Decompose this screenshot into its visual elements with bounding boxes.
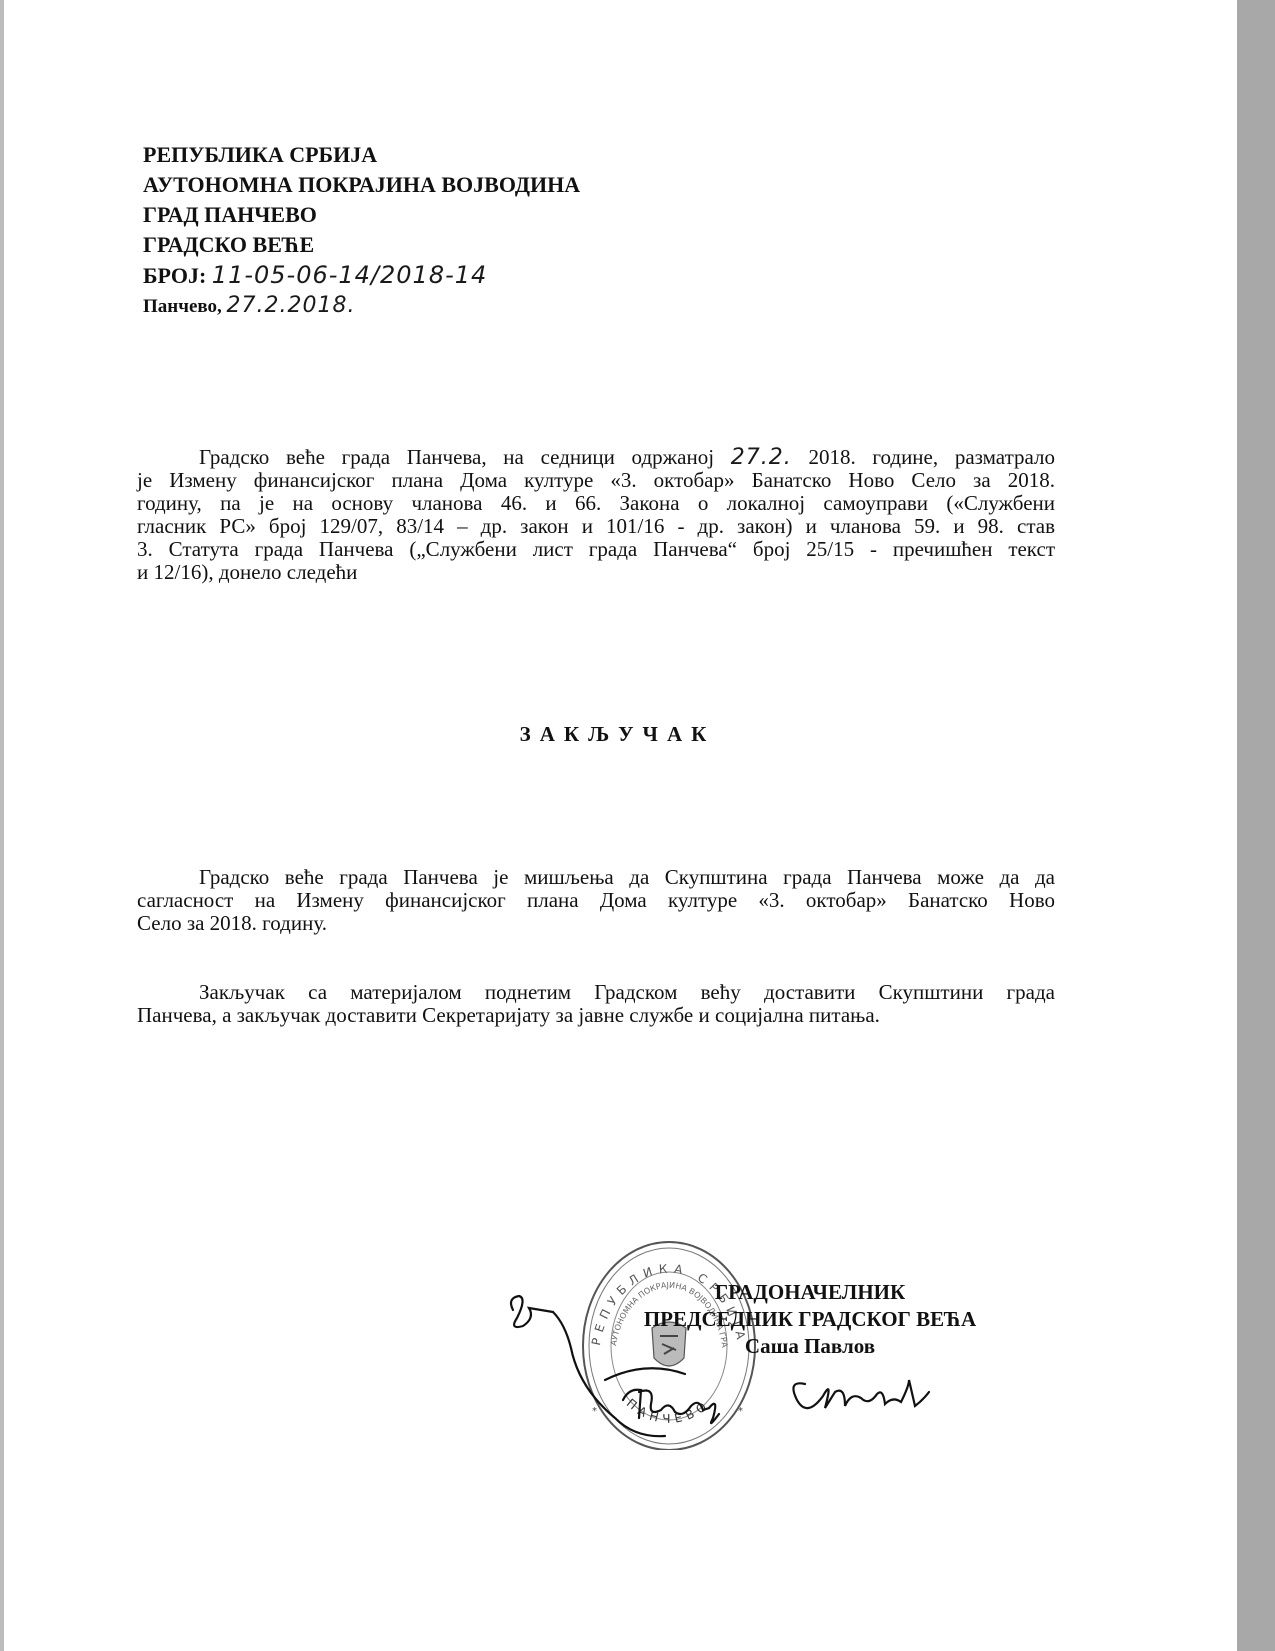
document-header: РЕПУБЛИКА СРБИЈА АУТОНОМНА ПОКРАЈИНА ВОЈ… — [143, 140, 580, 322]
intro-line-1: Градско веће града Панчева, на седници о… — [137, 446, 1055, 469]
header-country: РЕПУБЛИКА СРБИЈА — [143, 140, 580, 170]
scan-left-edge — [0, 0, 4, 1651]
place-label: Панчево, — [143, 296, 222, 317]
header-number: БРОЈ: 11-05-06-14/2018-14 — [143, 260, 580, 291]
intro-line-5: 3. Статута града Панчева („Службени лист… — [137, 538, 1055, 561]
session-date-handwritten: 27.2. — [731, 445, 792, 470]
body2-line-1: Закључак са материјалом поднетим Градско… — [137, 981, 1055, 1004]
intro-line-1-text-before: Градско веће града Панчева, на седници о… — [199, 445, 731, 469]
body1-line-1-text: Градско веће града Панчева је мишљења да… — [199, 865, 1055, 889]
body2-line-2: Панчева, а закључак доставити Секретариј… — [137, 1004, 1055, 1027]
body-paragraph-1: Градско веће града Панчева је мишљења да… — [137, 866, 1055, 935]
header-province: АУТОНОМНА ПОКРАЈИНА ВОЈВОДИНА — [143, 170, 580, 200]
number-handwritten: 11-05-06-14/2018-14 — [212, 261, 488, 289]
body1-line-2: сагласност на Измену финансијског плана … — [137, 889, 1055, 912]
intro-line-3: годину, па је на основу чланова 46. и 66… — [137, 492, 1055, 515]
intro-line-6: и 12/16), донело следећи — [137, 561, 1055, 584]
intro-line-4: гласник РС» број 129/07, 83/14 – др. зак… — [137, 515, 1055, 538]
intro-paragraph: Градско веће града Панчева, на седници о… — [137, 446, 1055, 584]
date-handwritten: 27.2.2018. — [227, 293, 356, 318]
body1-line-3: Село за 2018. годину. — [137, 912, 1055, 935]
body-paragraph-2: Закључак са материјалом поднетим Градско… — [137, 981, 1055, 1027]
number-label: БРОЈ: — [143, 263, 206, 288]
intro-line-2: је Измену финансијског плана Дома култур… — [137, 469, 1055, 492]
document-title: ЗАКЉУЧАК — [0, 722, 1275, 747]
header-city: ГРАД ПАНЧЕВО — [143, 200, 580, 230]
intro-line-1-text-after: 2018. године, разматрало — [792, 445, 1055, 469]
body2-line-1-text: Закључак са материјалом поднетим Градско… — [199, 980, 1055, 1004]
header-council: ГРАДСКО ВЕЋЕ — [143, 230, 580, 260]
header-place-date: Панчево, 27.2.2018. — [143, 291, 580, 322]
body1-line-1: Градско веће града Панчева је мишљења да… — [137, 866, 1055, 889]
scan-right-margin-strip — [1237, 0, 1275, 1651]
handwritten-signature-icon — [505, 1268, 975, 1458]
